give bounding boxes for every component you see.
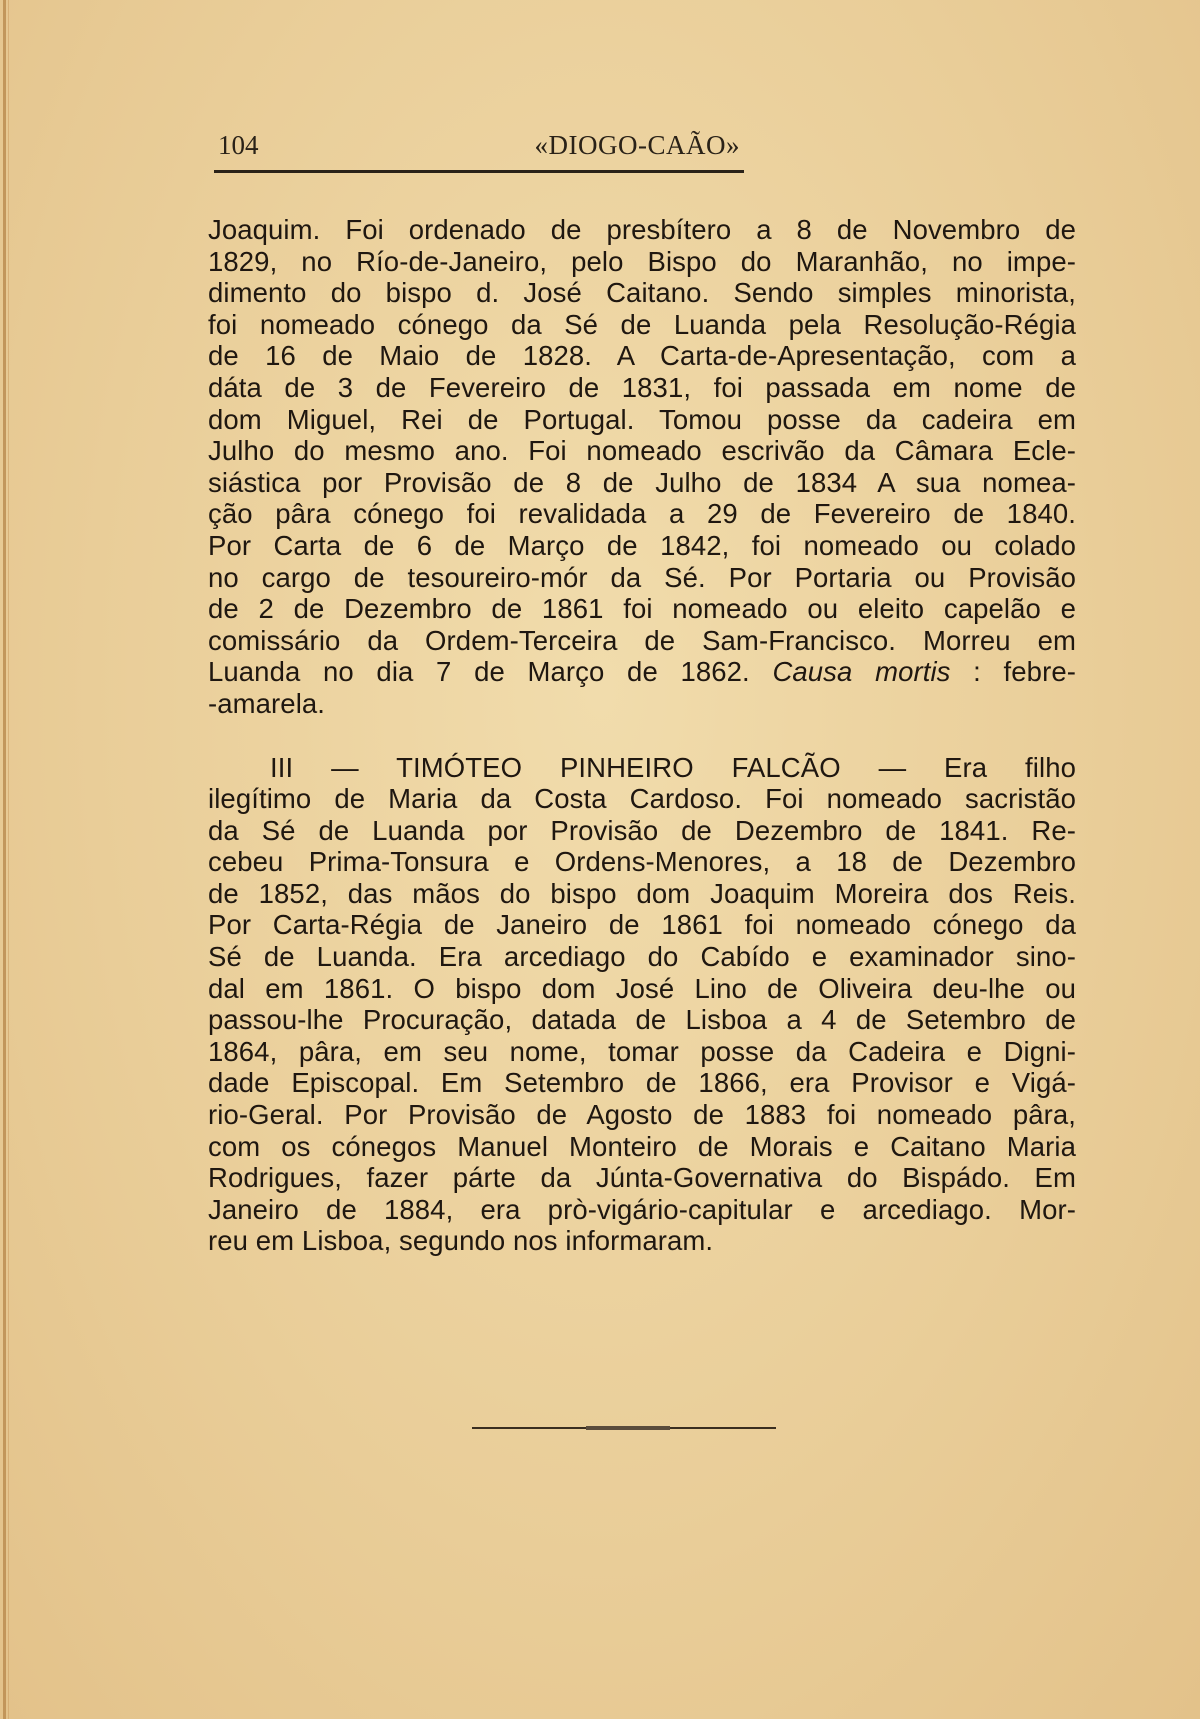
text-line: Joaquim. Foi ordenado de presbítero a 8 … xyxy=(208,214,1076,246)
section-end-ornament xyxy=(472,1426,776,1430)
text-line: dáta de 3 de Fevereiro de 1831, foi pass… xyxy=(208,372,1076,404)
body-text: Joaquim. Foi ordenado de presbítero a 8 … xyxy=(208,214,1076,1257)
text-line: dade Episcopal. Em Setembro de 1866, era… xyxy=(208,1067,1076,1099)
text-line: no cargo de tesoureiro-mór da Sé. Por Po… xyxy=(208,562,1076,594)
ornament-rule-left xyxy=(472,1427,586,1429)
text-line: comissário da Ordem-Terceira de Sam-Fran… xyxy=(208,625,1076,657)
text-line: dal em 1861. O bispo dom José Lino de Ol… xyxy=(208,973,1076,1005)
text-line: passou-lhe Procuração, datada de Lisboa … xyxy=(208,1004,1076,1036)
text-line: da Sé de Luanda por Provisão de Dezembro… xyxy=(208,815,1076,847)
text-line: -amarela. xyxy=(208,688,1076,720)
text-line: Por Carta de 6 de Março de 1842, foi nom… xyxy=(208,530,1076,562)
page-binding-edge xyxy=(3,0,6,1719)
section-heading-line: III — TIMÓTEO PINHEIRO FALCÃO — Era filh… xyxy=(208,752,1076,784)
text-line: rio-Geral. Por Provisão de Agosto de 188… xyxy=(208,1099,1076,1131)
text-line: dimento do bispo d. José Caitano. Sendo … xyxy=(208,277,1076,309)
text-line: com os cónegos Manuel Monteiro de Morais… xyxy=(208,1131,1076,1163)
text-line: dom Miguel, Rei de Portugal. Tomou posse… xyxy=(208,404,1076,436)
text-line: 1864, pâra, em seu nome, tomar posse da … xyxy=(208,1036,1076,1068)
text-line: Por Carta-Régia de Janeiro de 1861 foi n… xyxy=(208,909,1076,941)
page-binding-edge-inner xyxy=(8,0,9,1719)
ornament-rule-right xyxy=(670,1427,776,1429)
text-line: de 16 de Maio de 1828. A Carta-de-Aprese… xyxy=(208,340,1076,372)
text-line: de 2 de Dezembro de 1861 foi nomeado ou … xyxy=(208,593,1076,625)
text-line: Sé de Luanda. Era arcediago do Cabído e … xyxy=(208,941,1076,973)
text-line-causa-mortis: Luanda no dia 7 de Março de 1862. Causa … xyxy=(208,656,1076,688)
text-line: 1829, no Río-de-Janeiro, pelo Bispo do M… xyxy=(208,246,1076,278)
page-header: 104 «DIOGO-CAÃO» xyxy=(214,126,744,174)
text-line: foi nomeado cónego da Sé de Luanda pela … xyxy=(208,309,1076,341)
running-title: «DIOGO-CAÃO» xyxy=(535,130,740,161)
page-number: 104 xyxy=(218,130,259,161)
text-line: Julho do mesmo ano. Foi nomeado escrivão… xyxy=(208,435,1076,467)
text-line: cebeu Prima-Tonsura e Ordens-Menores, a … xyxy=(208,846,1076,878)
text-line: reu em Lisboa, segundo nos informaram. xyxy=(208,1225,1076,1257)
text-line: Rodrigues, fazer párte da Júnta-Governat… xyxy=(208,1162,1076,1194)
latin-phrase: Causa mortis xyxy=(772,656,950,687)
paragraph-1: Joaquim. Foi ordenado de presbítero a 8 … xyxy=(208,214,1076,720)
text-segment: Luanda no dia 7 de Março de 1862. xyxy=(208,656,772,687)
ornament-center xyxy=(586,1426,670,1430)
header-rule xyxy=(214,170,744,173)
text-line: de 1852, das mãos do bispo dom Joaquim M… xyxy=(208,878,1076,910)
paragraph-2: III — TIMÓTEO PINHEIRO FALCÃO — Era filh… xyxy=(208,752,1076,1258)
text-line: Janeiro de 1884, era prò-vigário-capitul… xyxy=(208,1194,1076,1226)
text-line: siástica por Provisão de 8 de Julho de 1… xyxy=(208,467,1076,499)
text-segment: : febre- xyxy=(951,656,1076,687)
text-line: ção pâra cónego foi revalidada a 29 de F… xyxy=(208,498,1076,530)
text-line: ilegítimo de Maria da Costa Cardoso. Foi… xyxy=(208,783,1076,815)
